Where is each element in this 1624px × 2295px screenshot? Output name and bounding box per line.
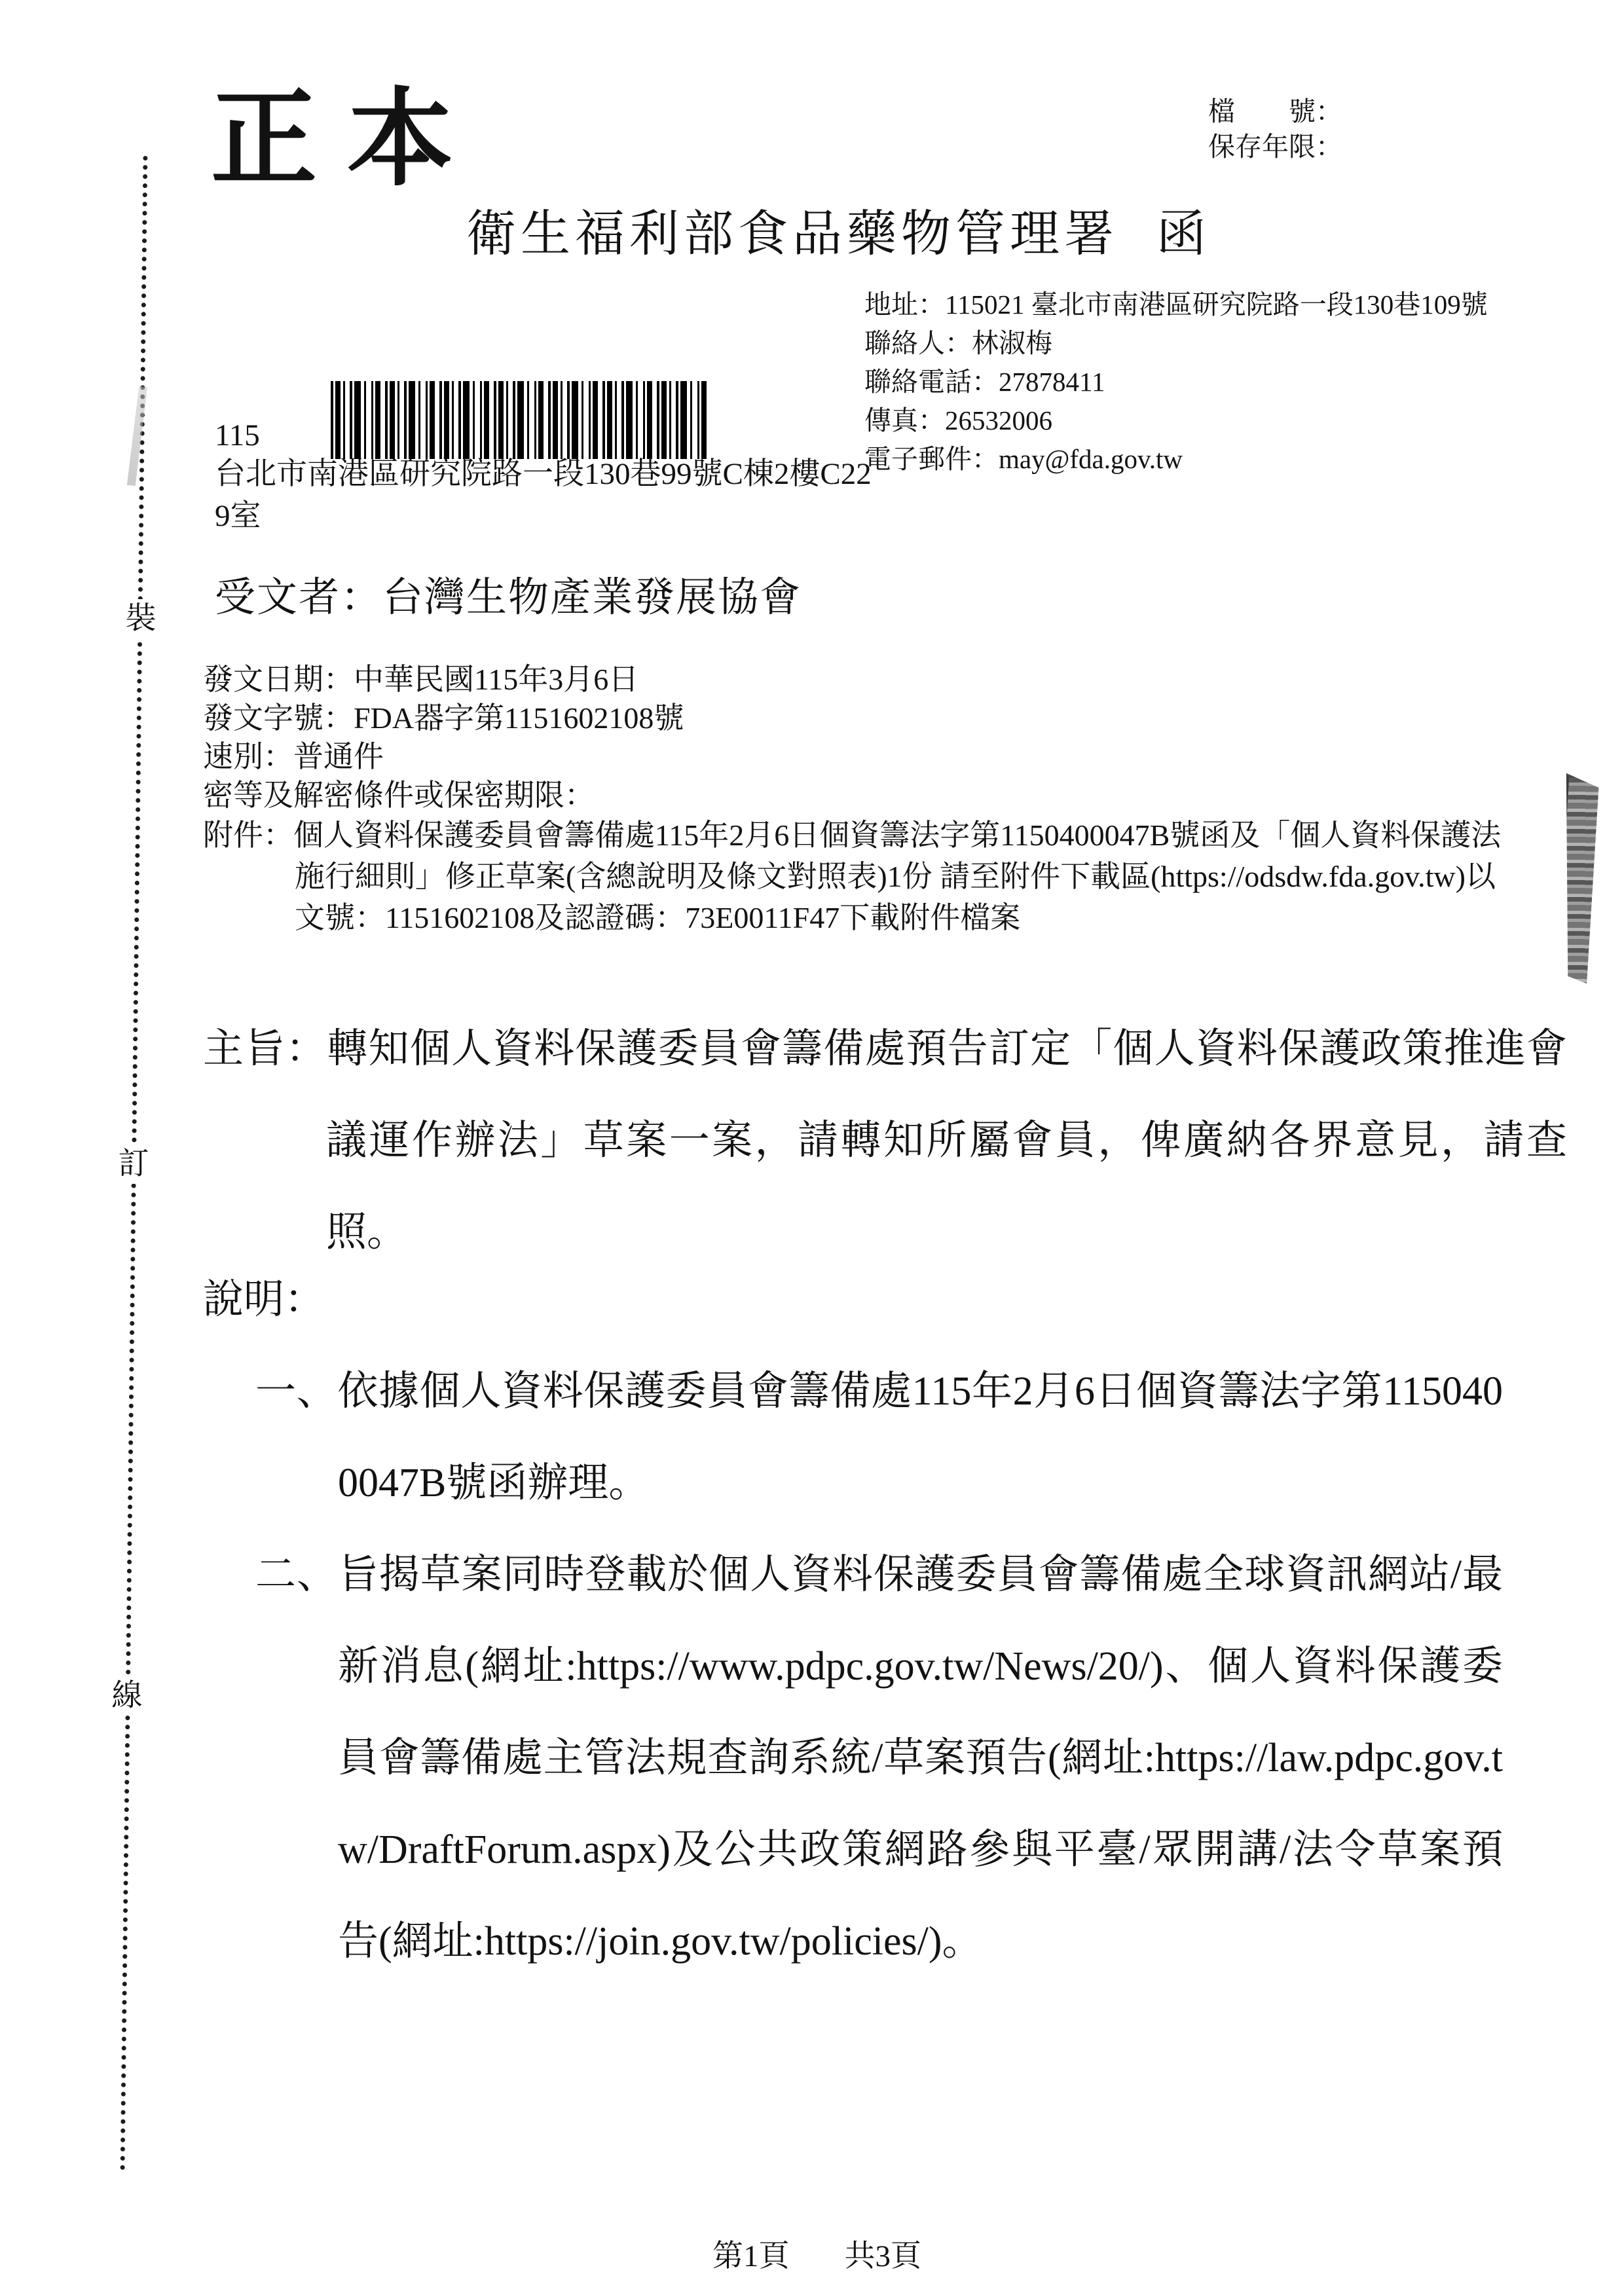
item-1-text: 依據個人資料保護委員會籌備處115年2月6日個資籌法字第1150400047B號… bbox=[337, 1369, 1503, 1505]
item-2-text: 旨揭草案同時登載於個人資料保護委員會籌備處全球資訊網站/最新消息(網址:http… bbox=[338, 1552, 1503, 1964]
mailing-barcode bbox=[331, 381, 707, 459]
security-line: 密等及解密條件或保密期限： bbox=[203, 776, 1509, 815]
speed-line: 速別：普通件 bbox=[203, 737, 1509, 776]
sender-fax-label: 傳真： bbox=[864, 405, 945, 435]
retention-period-label: 保存年限： bbox=[1208, 129, 1342, 164]
attachment-line: 附件：個人資料保護委員會籌備處115年2月6日個資籌法字第1150400047B… bbox=[203, 815, 1509, 938]
sender-address-label: 地址： bbox=[864, 289, 945, 320]
doc-number-value: FDA器字第1151602108號 bbox=[354, 701, 684, 735]
sender-email-value: may@fda.gov.tw bbox=[999, 444, 1183, 474]
issue-date-label: 發文日期： bbox=[203, 663, 354, 696]
doc-number-line: 發文字號：FDA器字第1151602108號 bbox=[203, 699, 1509, 737]
scan-artifact-right-edge bbox=[1553, 773, 1599, 984]
sender-contact-label: 聯絡人： bbox=[864, 328, 972, 358]
sender-fax-value: 26532006 bbox=[945, 405, 1052, 435]
document-meta-block: 發文日期：中華民國115年3月6日 發文字號：FDA器字第1151602108號… bbox=[203, 660, 1509, 938]
speed-label: 速別： bbox=[203, 740, 293, 773]
item-1-number: 一、 bbox=[255, 1369, 337, 1414]
explanation-label: 說明： bbox=[203, 1276, 325, 1324]
subject-label: 主旨： bbox=[203, 1027, 327, 1071]
page-footer: 第1頁共3頁 bbox=[712, 2231, 921, 2275]
recipient-zip-code: 115 bbox=[215, 418, 260, 453]
recipient-mailing-address: 台北市南港區研究院路一段130巷99號C棟2樓C229室 bbox=[215, 453, 886, 537]
file-number-label: 檔 號： bbox=[1208, 94, 1342, 129]
sender-contact-line: 聯絡人：林淑梅 bbox=[864, 324, 1559, 363]
original-copy-stamp: 正本 bbox=[211, 77, 483, 204]
issue-date-line: 發文日期：中華民國115年3月6日 bbox=[203, 660, 1509, 699]
document-type: 函 bbox=[1156, 207, 1211, 262]
sender-contact-block: 地址：115021 臺北市南港區研究院路一段130巷109號 聯絡人：林淑梅 聯… bbox=[864, 285, 1559, 479]
official-letter-page: 裝 訂 線 正本 檔 號： 保存年限： 衛生福利部食品藥物管理署函 地址：115… bbox=[0, 0, 1624, 2295]
recipient-line: 受文者：台灣生物產業發展協會 bbox=[215, 564, 802, 623]
sender-email-line: 電子郵件：may@fda.gov.tw bbox=[864, 440, 1559, 479]
file-number-box: 檔 號： 保存年限： bbox=[1208, 94, 1342, 164]
issuing-agency: 衛生福利部食品藥物管理署 bbox=[466, 207, 1118, 262]
explanation-item-2: 二、旨揭草案同時登載於個人資料保護委員會籌備處全球資訊網站/最新消息(網址:ht… bbox=[255, 1529, 1503, 1987]
speed-value: 普通件 bbox=[293, 740, 384, 773]
sender-fax-line: 傳真：26532006 bbox=[864, 401, 1559, 440]
sender-address-line: 地址：115021 臺北市南港區研究院路一段130巷109號 bbox=[864, 285, 1539, 324]
binding-char-ding: 訂 bbox=[113, 1145, 155, 1184]
footer-total-pages: 共3頁 bbox=[845, 2239, 922, 2273]
subject-paragraph: 主旨：轉知個人資料保護委員會籌備處預告訂定「個人資料保護政策推進會議運作辦法」草… bbox=[203, 1003, 1567, 1278]
sender-address-value: 115021 臺北市南港區研究院路一段130巷109號 bbox=[945, 289, 1488, 320]
recipient-name: 台灣生物產業發展協會 bbox=[382, 576, 802, 620]
sender-phone-label: 聯絡電話： bbox=[864, 367, 999, 397]
sender-phone-value: 27878411 bbox=[999, 367, 1105, 397]
security-label: 密等及解密條件或保密期限： bbox=[203, 779, 595, 812]
attachment-value: 個人資料保護委員會籌備處115年2月6日個資籌法字第1150400047B號函及… bbox=[293, 818, 1501, 934]
binding-char-zhuang: 裝 bbox=[120, 599, 162, 638]
footer-page-number: 第1頁 bbox=[712, 2239, 790, 2273]
explanation-item-1: 一、依據個人資料保護委員會籌備處115年2月6日個資籌法字第1150400047… bbox=[255, 1346, 1503, 1529]
sender-phone-line: 聯絡電話：27878411 bbox=[864, 363, 1559, 401]
attachment-label: 附件： bbox=[203, 818, 293, 852]
recipient-label: 受文者： bbox=[215, 576, 382, 620]
explanation-items: 一、依據個人資料保護委員會籌備處115年2月6日個資籌法字第1150400047… bbox=[255, 1346, 1503, 1987]
document-title: 衛生福利部食品藥物管理署函 bbox=[466, 194, 1211, 265]
item-2-number: 二、 bbox=[255, 1552, 338, 1597]
issue-date-value: 中華民國115年3月6日 bbox=[354, 663, 638, 696]
doc-number-label: 發文字號： bbox=[203, 701, 354, 735]
subject-text: 轉知個人資料保護委員會籌備處預告訂定「個人資料保護政策推進會議運作辦法」草案一案… bbox=[326, 1027, 1567, 1255]
sender-contact-name: 林淑梅 bbox=[972, 328, 1052, 358]
binding-char-xian: 線 bbox=[106, 1676, 148, 1716]
